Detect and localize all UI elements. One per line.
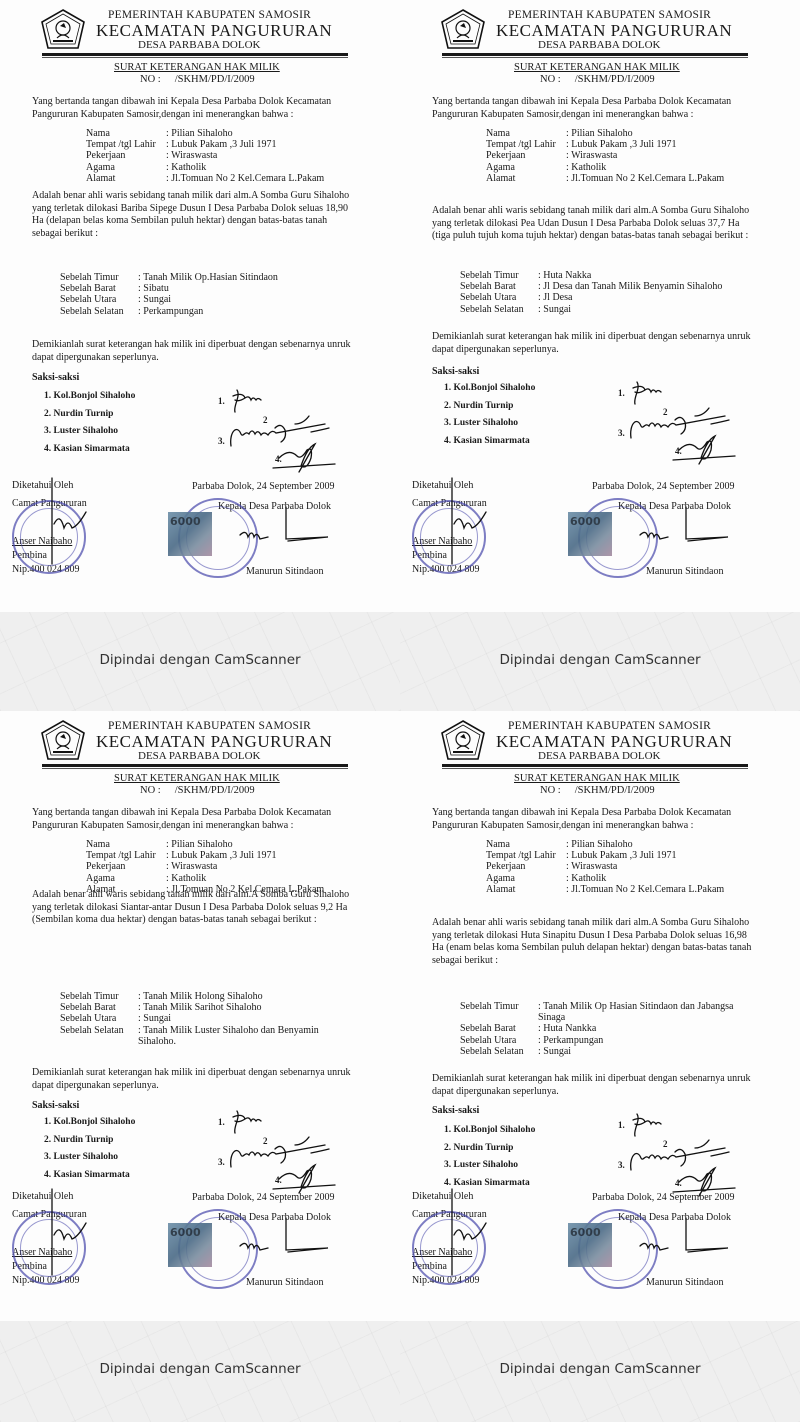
identity-table: Nama: Pilian SihalohoTempat /tgl Lahir: …	[486, 839, 724, 895]
boundary-label: Sebelah Timur	[460, 1001, 538, 1023]
boundaries-table: Sebelah Timur: Tanah Milik Op.Hasian Sit…	[60, 272, 338, 317]
letterhead-village: DESA PARBABA DOLOK	[138, 39, 260, 51]
letterhead-rule-thin	[42, 768, 348, 769]
identity-row: Agama: Katholik	[86, 873, 324, 884]
identity-value: : Jl.Tomuan No 2 Kel.Cemara L.Pakam	[166, 173, 324, 184]
identity-label: Tempat /tgl Lahir	[486, 139, 566, 150]
regency-emblem-icon	[40, 8, 86, 50]
closing-paragraph: Demikianlah surat keterangan hak milik i…	[432, 1073, 752, 1098]
witness-item: 3. Luster Sihaloho	[44, 423, 135, 441]
identity-label: Pekerjaan	[486, 861, 566, 872]
village-head-signature-icon	[228, 1216, 328, 1266]
camscanner-watermark-text: Dipindai dengan CamScanner	[400, 652, 800, 668]
boundary-row: Sebelah Timur: Tanah Milik Holong Sihalo…	[60, 991, 338, 1002]
identity-value: : Jl.Tomuan No 2 Kel.Cemara L.Pakam	[566, 173, 724, 184]
boundary-label: Sebelah Utara	[60, 1013, 138, 1024]
revenue-stamp: 6000	[168, 1223, 212, 1267]
number-label: NO :	[540, 74, 561, 85]
number-label: NO :	[140, 74, 161, 85]
identity-table: Nama: Pilian SihalohoTempat /tgl Lahir: …	[86, 839, 324, 895]
boundary-value: : Sibatu	[138, 283, 338, 294]
identity-row: Alamat: Jl.Tomuan No 2 Kel.Cemara L.Paka…	[486, 884, 724, 895]
number-value: /SKHM/PD/I/2009	[575, 785, 655, 796]
boundaries-table: Sebelah Timur: Tanah Milik Holong Sihalo…	[60, 991, 338, 1047]
identity-row: Pekerjaan: Wiraswasta	[86, 861, 324, 872]
boundary-label: Sebelah Selatan	[460, 304, 538, 315]
letterhead-government: PEMERINTAH KABUPATEN SAMOSIR	[508, 9, 711, 21]
witness-signatures: 1. 2 3. 4.	[615, 380, 775, 470]
revenue-stamp: 6000	[568, 512, 612, 556]
letterhead-rule	[442, 764, 748, 767]
boundary-label: Sebelah Utara	[460, 292, 538, 303]
boundary-row: Sebelah Selatan: Perkampungan	[60, 306, 338, 317]
boundary-row: Sebelah Barat: Huta Nankka	[460, 1023, 738, 1034]
boundary-row: Sebelah Selatan: Sungai	[460, 304, 738, 315]
place-date: Parbaba Dolok, 24 September 2009	[192, 1192, 334, 1203]
identity-row: Nama: Pilian Sihaloho	[486, 839, 724, 850]
identity-label: Nama	[486, 128, 566, 139]
identity-label: Pekerjaan	[486, 150, 566, 161]
identity-label: Nama	[486, 839, 566, 850]
boundary-label: Sebelah Timur	[60, 272, 138, 283]
boundary-row: Sebelah Utara: Sungai	[60, 1013, 338, 1024]
letterhead-district: KECAMATAN PANGURURAN	[96, 732, 332, 752]
boundary-value: : Tanah Milik Op.Hasian Sitindaon	[138, 272, 338, 283]
boundary-row: Sebelah Selatan: Tanah Milik Luster Siha…	[60, 1025, 338, 1047]
statement-paragraph: Adalah benar ahli waris sebidang tanah m…	[432, 205, 752, 243]
camscanner-footer: Dipindai dengan CamScanner	[0, 612, 400, 711]
boundary-value: : Perkampungan	[538, 1035, 738, 1046]
boundary-row: Sebelah Utara: Perkampungan	[460, 1035, 738, 1046]
witness-item: 3. Luster Sihaloho	[44, 1149, 135, 1167]
scanned-document-page: PEMERINTAH KABUPATEN SAMOSIR KECAMATAN P…	[0, 711, 400, 1321]
intro-paragraph: Yang bertanda tangan dibawah ini Kepala …	[32, 807, 352, 832]
letterhead-rule-thin	[42, 57, 348, 58]
identity-row: Pekerjaan: Wiraswasta	[486, 861, 724, 872]
boundary-value: : Tanah Milik Luster Sihaloho dan Benyam…	[138, 1025, 338, 1047]
boundary-label: Sebelah Selatan	[60, 1025, 138, 1047]
revenue-stamp-value: 6000	[170, 515, 201, 528]
document-title: SURAT KETERANGAN HAK MILIK	[514, 62, 680, 73]
revenue-stamp-value: 6000	[170, 1226, 201, 1239]
camat-signature-icon	[440, 1187, 500, 1277]
identity-row: Nama: Pilian Sihaloho	[86, 128, 324, 139]
document-title: SURAT KETERANGAN HAK MILIK	[514, 773, 680, 784]
intro-paragraph: Yang bertanda tangan dibawah ini Kepala …	[32, 96, 352, 121]
identity-label: Nama	[86, 128, 166, 139]
identity-value: : Katholik	[566, 162, 724, 173]
document-number: NO :/SKHM/PD/I/2009	[140, 74, 269, 85]
scanned-document-page: PEMERINTAH KABUPATEN SAMOSIR KECAMATAN P…	[400, 711, 800, 1321]
place-date: Parbaba Dolok, 24 September 2009	[592, 481, 734, 492]
witness-item: 4. Kasian Simarmata	[44, 441, 135, 459]
letterhead-government: PEMERINTAH KABUPATEN SAMOSIR	[108, 720, 311, 732]
village-head-name: Manurun Sitindaon	[646, 566, 724, 577]
identity-row: Alamat: Jl.Tomuan No 2 Kel.Cemara L.Paka…	[86, 173, 324, 184]
boundary-row: Sebelah Selatan: Sungai	[460, 1046, 738, 1057]
identity-value: : Wiraswasta	[166, 150, 324, 161]
identity-row: Agama: Katholik	[486, 162, 724, 173]
closing-paragraph: Demikianlah surat keterangan hak milik i…	[432, 331, 752, 356]
boundary-label: Sebelah Selatan	[60, 306, 138, 317]
identity-row: Tempat /tgl Lahir: Lubuk Pakam ,3 Juli 1…	[486, 850, 724, 861]
revenue-stamp: 6000	[568, 1223, 612, 1267]
camat-signature-icon	[40, 1187, 100, 1277]
scan-panel-3: PEMERINTAH KABUPATEN SAMOSIR KECAMATAN P…	[0, 711, 400, 1422]
village-head-signature-icon	[628, 505, 728, 555]
boundary-value: : Sungai	[138, 294, 338, 305]
boundary-label: Sebelah Utara	[60, 294, 138, 305]
camscanner-footer: Dipindai dengan CamScanner	[400, 1321, 800, 1422]
boundary-value: : Perkampungan	[138, 306, 338, 317]
letterhead-government: PEMERINTAH KABUPATEN SAMOSIR	[108, 9, 311, 21]
boundary-value: : Tanah Milik Sarihot Sihaloho	[138, 1002, 338, 1013]
witness-item: 1. Kol.Bonjol Sihaloho	[44, 1114, 135, 1132]
boundary-row: Sebelah Timur: Tanah Milik Op Hasian Sit…	[460, 1001, 738, 1023]
identity-value: : Katholik	[566, 873, 724, 884]
witnesses-list: 1. Kol.Bonjol Sihaloho2. Nurdin Turnip3.…	[444, 1122, 535, 1192]
identity-value: : Katholik	[166, 873, 324, 884]
letterhead-rule-thin	[442, 57, 748, 58]
camscanner-footer: Dipindai dengan CamScanner	[0, 1321, 400, 1422]
scan-panel-4: PEMERINTAH KABUPATEN SAMOSIR KECAMATAN P…	[400, 711, 800, 1422]
document-number: NO :/SKHM/PD/I/2009	[540, 785, 669, 796]
identity-table: Nama: Pilian SihalohoTempat /tgl Lahir: …	[86, 128, 324, 184]
revenue-stamp-value: 6000	[570, 515, 601, 528]
identity-row: Nama: Pilian Sihaloho	[86, 839, 324, 850]
witnesses-title: Saksi-saksi	[32, 372, 79, 383]
identity-value: : Wiraswasta	[566, 150, 724, 161]
place-date: Parbaba Dolok, 24 September 2009	[592, 1192, 734, 1203]
identity-label: Tempat /tgl Lahir	[86, 139, 166, 150]
identity-row: Agama: Katholik	[486, 873, 724, 884]
witness-item: 1. Kol.Bonjol Sihaloho	[444, 1122, 535, 1140]
number-value: /SKHM/PD/I/2009	[175, 785, 255, 796]
letterhead-village: DESA PARBABA DOLOK	[138, 750, 260, 762]
number-label: NO :	[140, 785, 161, 796]
identity-label: Agama	[86, 873, 166, 884]
boundary-value: : Tanah Milik Op Hasian Sitindaon dan Ja…	[538, 1001, 738, 1023]
camscanner-watermark-text: Dipindai dengan CamScanner	[400, 1361, 800, 1377]
letterhead-district: KECAMATAN PANGURURAN	[96, 21, 332, 41]
witnesses-list: 1. Kol.Bonjol Sihaloho2. Nurdin Turnip3.…	[444, 380, 535, 450]
witness-item: 3. Luster Sihaloho	[444, 1157, 535, 1175]
identity-label: Alamat	[86, 173, 166, 184]
identity-row: Tempat /tgl Lahir: Lubuk Pakam ,3 Juli 1…	[486, 139, 724, 150]
boundary-label: Sebelah Barat	[460, 1023, 538, 1034]
identity-label: Pekerjaan	[86, 150, 166, 161]
identity-label: Alamat	[486, 173, 566, 184]
witnesses-title: Saksi-saksi	[432, 366, 479, 377]
revenue-stamp-value: 6000	[570, 1226, 601, 1239]
identity-row: Tempat /tgl Lahir: Lubuk Pakam ,3 Juli 1…	[86, 139, 324, 150]
boundary-value: : Sungai	[538, 304, 738, 315]
letterhead-rule	[42, 53, 348, 56]
regency-emblem-icon	[440, 8, 486, 50]
identity-row: Pekerjaan: Wiraswasta	[86, 150, 324, 161]
handwritten-signatures-icon	[215, 1109, 375, 1199]
witness-item: 2. Nurdin Turnip	[44, 1132, 135, 1150]
scanned-document-page: PEMERINTAH KABUPATEN SAMOSIR KECAMATAN P…	[400, 0, 800, 612]
statement-paragraph: Adalah benar ahli waris sebidang tanah m…	[32, 190, 352, 240]
boundary-row: Sebelah Barat: Sibatu	[60, 283, 338, 294]
camat-signature-icon	[440, 476, 500, 566]
witness-item: 1. Kol.Bonjol Sihaloho	[444, 380, 535, 398]
witness-signatures: 1. 2 3. 4.	[615, 1112, 775, 1202]
village-head-signature-icon	[628, 1216, 728, 1266]
statement-paragraph: Adalah benar ahli waris sebidang tanah m…	[32, 889, 352, 927]
identity-label: Agama	[86, 162, 166, 173]
boundary-label: Sebelah Barat	[60, 1002, 138, 1013]
identity-row: Agama: Katholik	[86, 162, 324, 173]
intro-paragraph: Yang bertanda tangan dibawah ini Kepala …	[432, 96, 752, 121]
boundary-row: Sebelah Timur: Tanah Milik Op.Hasian Sit…	[60, 272, 338, 283]
witness-item: 1. Kol.Bonjol Sihaloho	[44, 388, 135, 406]
village-head-name: Manurun Sitindaon	[246, 566, 324, 577]
camscanner-watermark-text: Dipindai dengan CamScanner	[0, 1361, 400, 1377]
handwritten-signatures-icon	[215, 388, 375, 478]
boundary-label: Sebelah Timur	[460, 270, 538, 281]
camat-signature-icon	[40, 476, 100, 566]
identity-row: Nama: Pilian Sihaloho	[486, 128, 724, 139]
boundary-value: : Sungai	[538, 1046, 738, 1057]
identity-row: Pekerjaan: Wiraswasta	[486, 150, 724, 161]
revenue-stamp: 6000	[168, 512, 212, 556]
identity-value: : Jl.Tomuan No 2 Kel.Cemara L.Pakam	[566, 884, 724, 895]
witnesses-title: Saksi-saksi	[32, 1100, 79, 1111]
identity-label: Nama	[86, 839, 166, 850]
identity-value: : Pilian Sihaloho	[166, 128, 324, 139]
document-number: NO :/SKHM/PD/I/2009	[140, 785, 269, 796]
document-title: SURAT KETERANGAN HAK MILIK	[114, 62, 280, 73]
identity-label: Agama	[486, 873, 566, 884]
boundary-row: Sebelah Barat: Tanah Milik Sarihot Sihal…	[60, 1002, 338, 1013]
boundary-label: Sebelah Barat	[60, 283, 138, 294]
place-date: Parbaba Dolok, 24 September 2009	[192, 481, 334, 492]
number-value: /SKHM/PD/I/2009	[175, 74, 255, 85]
letterhead-district: KECAMATAN PANGURURAN	[496, 21, 732, 41]
identity-value: : Pilian Sihaloho	[566, 128, 724, 139]
letterhead-rule	[442, 53, 748, 56]
village-head-name: Manurun Sitindaon	[646, 1277, 724, 1288]
letterhead-rule-thin	[442, 768, 748, 769]
boundary-value: : Huta Nankka	[538, 1023, 738, 1034]
boundary-label: Sebelah Selatan	[460, 1046, 538, 1057]
identity-value: : Pilian Sihaloho	[166, 839, 324, 850]
boundary-value: : Jl Desa dan Tanah Milik Benyamin Sihal…	[538, 281, 738, 292]
camscanner-footer: Dipindai dengan CamScanner	[400, 612, 800, 711]
scan-grid: PEMERINTAH KABUPATEN SAMOSIR KECAMATAN P…	[0, 0, 800, 1422]
letterhead-government: PEMERINTAH KABUPATEN SAMOSIR	[508, 720, 711, 732]
boundary-value: : Tanah Milik Holong Sihaloho	[138, 991, 338, 1002]
boundary-value: : Jl Desa	[538, 292, 738, 303]
handwritten-signatures-icon	[615, 380, 775, 470]
boundaries-table: Sebelah Timur: Tanah Milik Op Hasian Sit…	[460, 1001, 738, 1057]
identity-value: : Lubuk Pakam ,3 Juli 1971	[566, 850, 724, 861]
witness-item: 2. Nurdin Turnip	[444, 1140, 535, 1158]
boundary-label: Sebelah Utara	[460, 1035, 538, 1046]
identity-value: : Wiraswasta	[566, 861, 724, 872]
village-head-signature-icon	[228, 505, 328, 555]
regency-emblem-icon	[440, 719, 486, 761]
closing-paragraph: Demikianlah surat keterangan hak milik i…	[32, 1067, 352, 1092]
identity-value: : Katholik	[166, 162, 324, 173]
letterhead-rule	[42, 764, 348, 767]
scan-panel-2: PEMERINTAH KABUPATEN SAMOSIR KECAMATAN P…	[400, 0, 800, 711]
boundary-value: : Sungai	[138, 1013, 338, 1024]
handwritten-signatures-icon	[615, 1112, 775, 1202]
boundary-row: Sebelah Utara: Sungai	[60, 294, 338, 305]
witness-signatures: 1. 2 3. 4.	[215, 1109, 375, 1199]
identity-value: : Pilian Sihaloho	[566, 839, 724, 850]
boundary-row: Sebelah Barat: Jl Desa dan Tanah Milik B…	[460, 281, 738, 292]
letterhead-village: DESA PARBABA DOLOK	[538, 750, 660, 762]
intro-paragraph: Yang bertanda tangan dibawah ini Kepala …	[432, 807, 752, 832]
village-head-name: Manurun Sitindaon	[246, 1277, 324, 1288]
witness-signatures: 1. 2 3. 4.	[215, 388, 375, 478]
boundary-value: : Huta Nakka	[538, 270, 738, 281]
identity-value: : Wiraswasta	[166, 861, 324, 872]
witness-item: 2. Nurdin Turnip	[44, 406, 135, 424]
scanned-document-page: PEMERINTAH KABUPATEN SAMOSIR KECAMATAN P…	[0, 0, 400, 612]
boundary-row: Sebelah Timur: Huta Nakka	[460, 270, 738, 281]
boundary-label: Sebelah Timur	[60, 991, 138, 1002]
boundary-row: Sebelah Utara: Jl Desa	[460, 292, 738, 303]
number-label: NO :	[540, 785, 561, 796]
identity-value: : Lubuk Pakam ,3 Juli 1971	[166, 850, 324, 861]
letterhead-village: DESA PARBABA DOLOK	[538, 39, 660, 51]
witnesses-list: 1. Kol.Bonjol Sihaloho2. Nurdin Turnip3.…	[44, 1114, 135, 1184]
identity-value: : Lubuk Pakam ,3 Juli 1971	[166, 139, 324, 150]
identity-table: Nama: Pilian SihalohoTempat /tgl Lahir: …	[486, 128, 724, 184]
identity-label: Alamat	[486, 884, 566, 895]
identity-row: Tempat /tgl Lahir: Lubuk Pakam ,3 Juli 1…	[86, 850, 324, 861]
document-number: NO :/SKHM/PD/I/2009	[540, 74, 669, 85]
witness-item: 4. Kasian Simarmata	[44, 1167, 135, 1185]
witnesses-list: 1. Kol.Bonjol Sihaloho2. Nurdin Turnip3.…	[44, 388, 135, 458]
number-value: /SKHM/PD/I/2009	[575, 74, 655, 85]
camscanner-watermark-text: Dipindai dengan CamScanner	[0, 652, 400, 668]
witness-item: 4. Kasian Simarmata	[444, 433, 535, 451]
statement-paragraph: Adalah benar ahli waris sebidang tanah m…	[432, 917, 752, 967]
identity-label: Pekerjaan	[86, 861, 166, 872]
identity-label: Tempat /tgl Lahir	[86, 850, 166, 861]
regency-emblem-icon	[40, 719, 86, 761]
identity-label: Agama	[486, 162, 566, 173]
witness-item: 3. Luster Sihaloho	[444, 415, 535, 433]
letterhead-district: KECAMATAN PANGURURAN	[496, 732, 732, 752]
witness-item: 2. Nurdin Turnip	[444, 398, 535, 416]
boundaries-table: Sebelah Timur: Huta NakkaSebelah Barat: …	[460, 270, 738, 315]
document-title: SURAT KETERANGAN HAK MILIK	[114, 773, 280, 784]
identity-row: Alamat: Jl.Tomuan No 2 Kel.Cemara L.Paka…	[486, 173, 724, 184]
scan-panel-1: PEMERINTAH KABUPATEN SAMOSIR KECAMATAN P…	[0, 0, 400, 711]
witnesses-title: Saksi-saksi	[432, 1105, 479, 1116]
boundary-label: Sebelah Barat	[460, 281, 538, 292]
identity-label: Tempat /tgl Lahir	[486, 850, 566, 861]
identity-value: : Lubuk Pakam ,3 Juli 1971	[566, 139, 724, 150]
closing-paragraph: Demikianlah surat keterangan hak milik i…	[32, 339, 352, 364]
